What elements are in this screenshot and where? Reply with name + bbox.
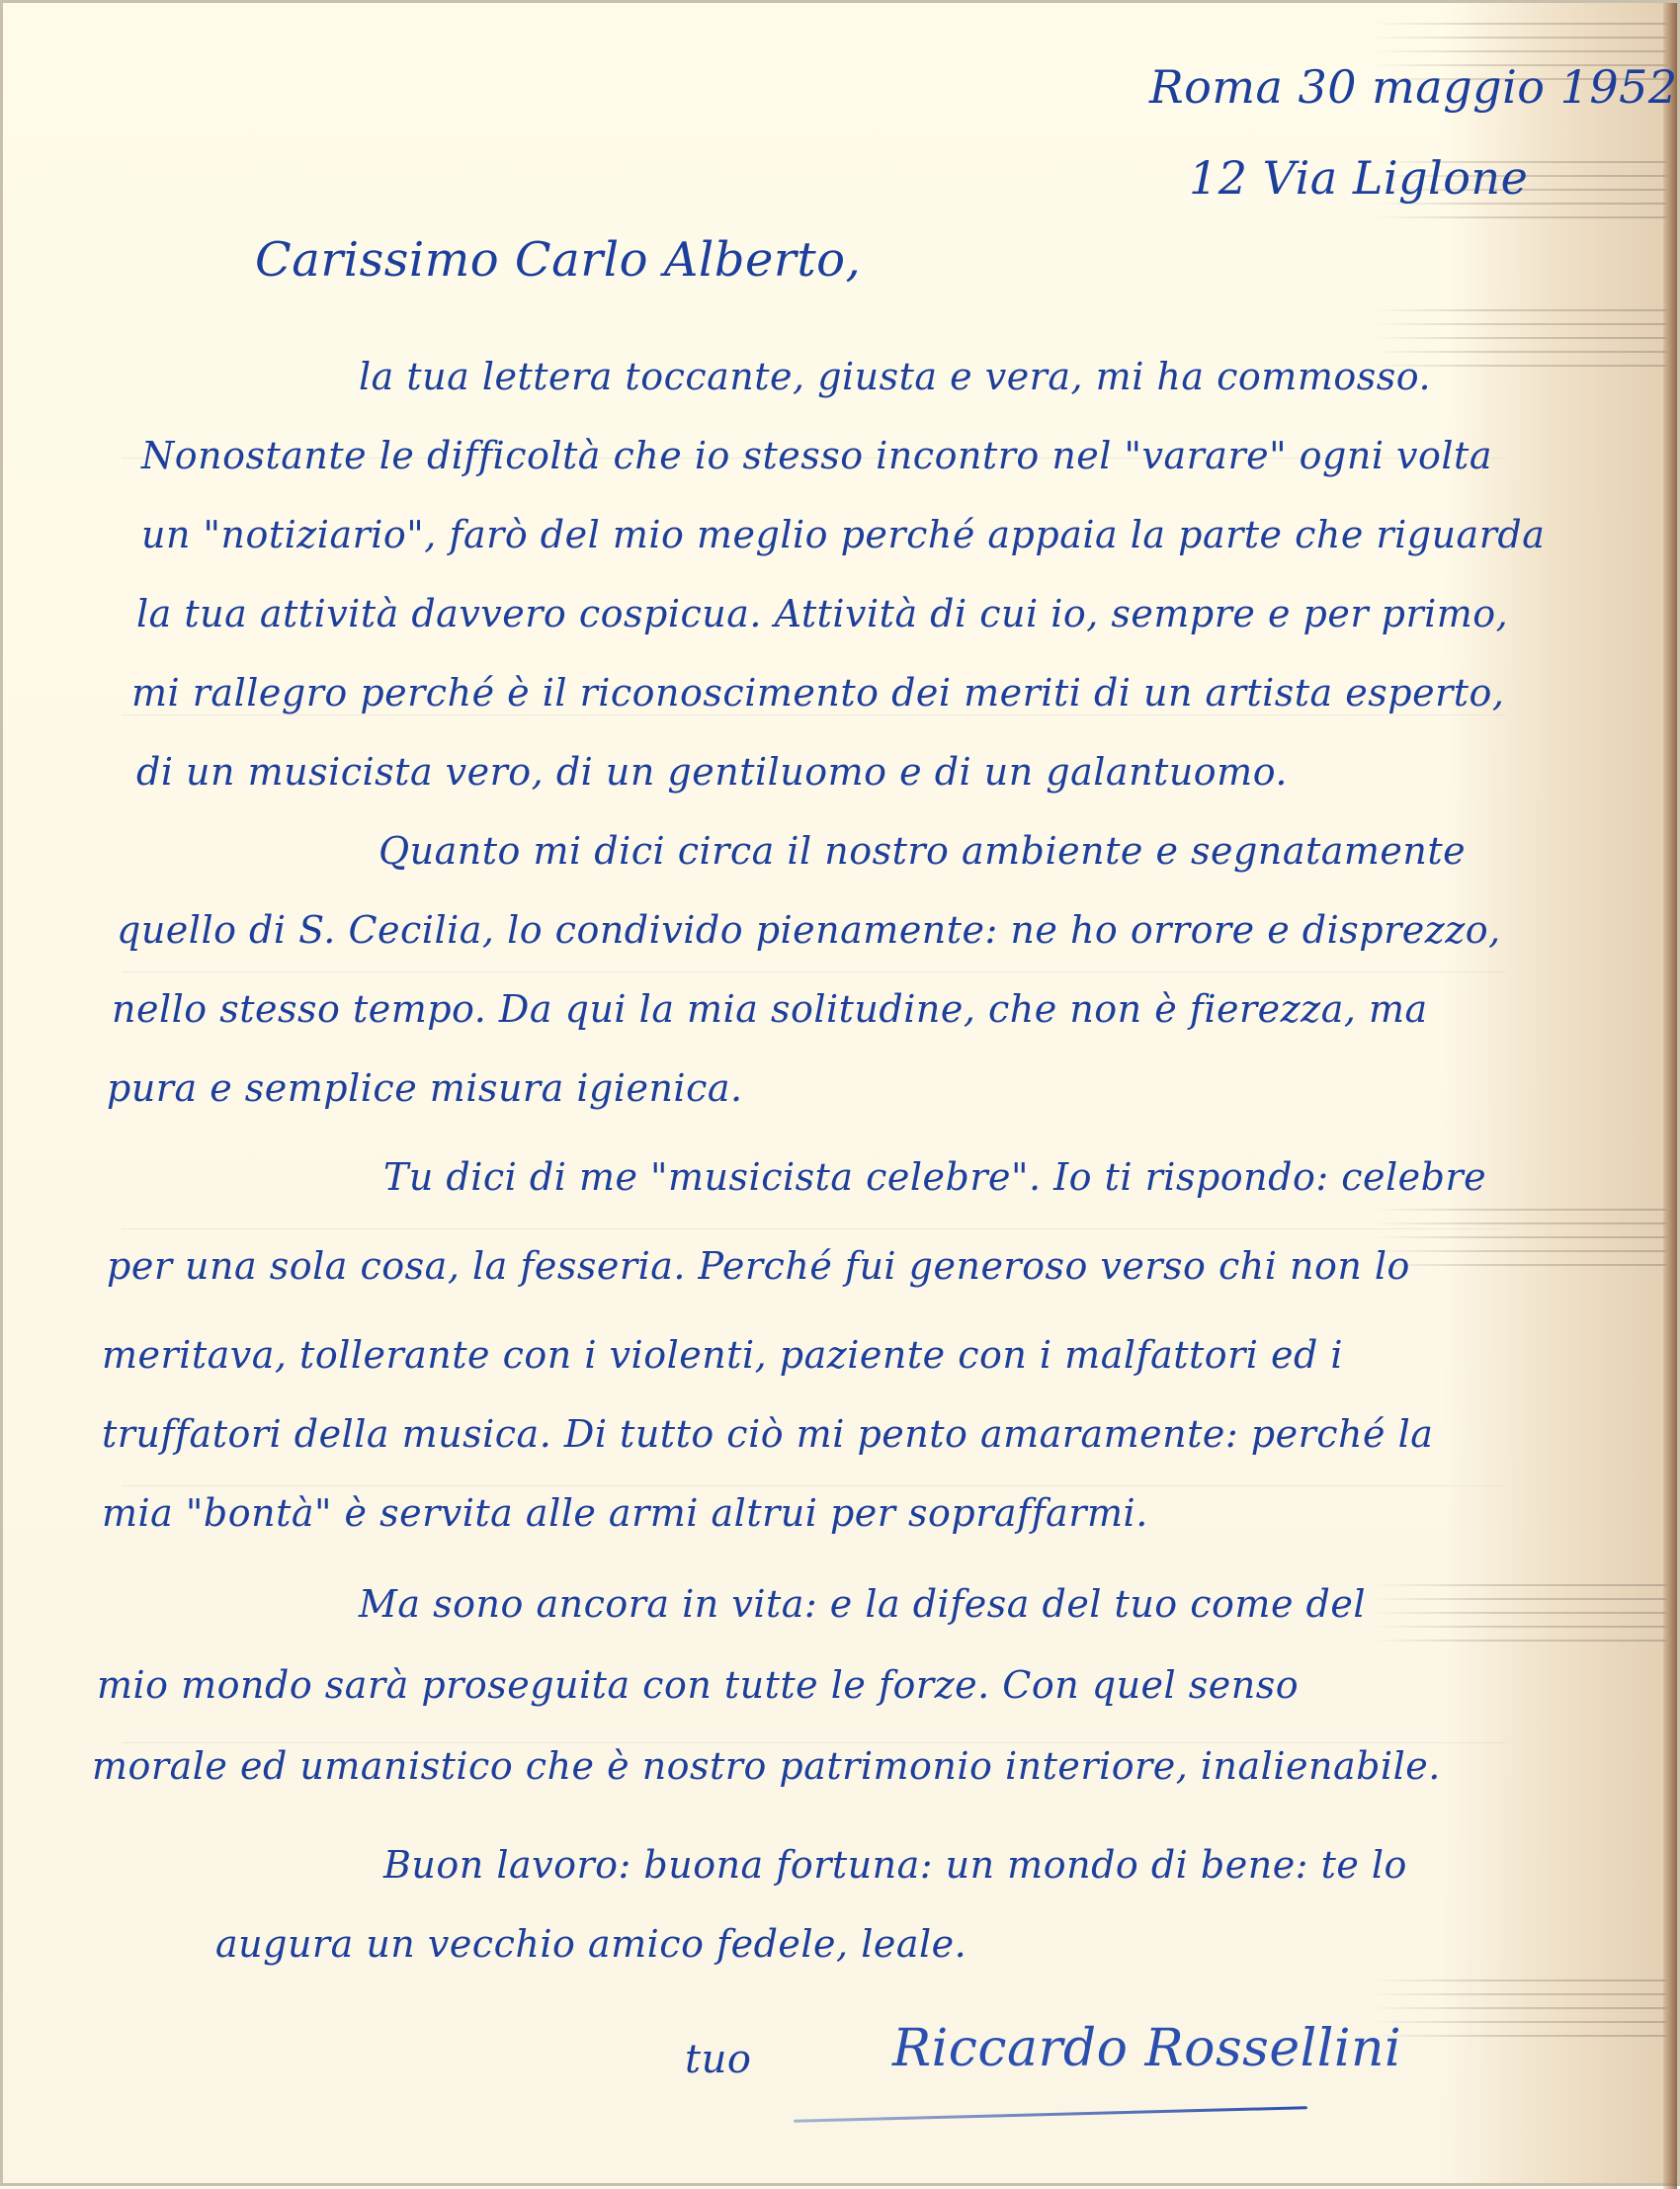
letter-line: augura un vecchio amico fedele, leale. (215, 1922, 966, 1966)
letter-line: Tu dici di me "musicista celebre". Io ti… (383, 1155, 1486, 1199)
place-date: Roma 30 maggio 1952 (1149, 60, 1678, 114)
letter-line: morale ed umanistico che è nostro patrim… (92, 1744, 1441, 1788)
closing-word: tuo (685, 2037, 751, 2082)
letter-line: un "notiziario", farò del mio meglio per… (141, 513, 1545, 556)
paper-rule (122, 971, 1505, 972)
signature: Riccardo Rossellini (892, 2019, 1401, 2078)
letter-line: nello stesso tempo. Da qui la mia solitu… (112, 987, 1428, 1031)
paper-rule (122, 1742, 1505, 1743)
letter-line: Ma sono ancora in vita: e la difesa del … (359, 1582, 1366, 1626)
letter-page: Roma 30 maggio 1952 12 Via Liglone Caris… (0, 0, 1680, 2186)
music-staff (1371, 1584, 1667, 1653)
music-staff (1371, 1209, 1667, 1278)
paper-rule (122, 1228, 1505, 1229)
letter-line: per una sola cosa, la fesseria. Perché f… (107, 1244, 1410, 1288)
letter-line: Buon lavoro: buona fortuna: un mondo di … (383, 1843, 1407, 1887)
letter-line: mio mondo sarà proseguita con tutte le f… (97, 1663, 1299, 1707)
letter-line: quello di S. Cecilia, lo condivido piena… (117, 908, 1501, 952)
paper-rule (122, 1485, 1505, 1486)
letter-line: Nonostante le difficoltà che io stesso i… (141, 434, 1492, 477)
paper-rule (122, 715, 1505, 716)
signature-underline (794, 2106, 1307, 2123)
letter-line: truffatori della musica. Di tutto ciò mi… (102, 1412, 1433, 1456)
letter-line: pura e semplice misura igienica. (107, 1066, 743, 1110)
music-staff (1371, 1979, 1667, 2049)
letter-line: mi rallegro perché è il riconoscimento d… (131, 671, 1505, 715)
letter-line: meritava, tollerante con i violenti, paz… (102, 1333, 1343, 1377)
letter-line: la tua lettera toccante, giusta e vera, … (359, 355, 1431, 398)
letter-line: la tua attività davvero cospicua. Attivi… (136, 592, 1508, 635)
salutation: Carissimo Carlo Alberto, (255, 232, 861, 288)
letter-line: di un musicista vero, di un gentiluomo e… (136, 750, 1288, 794)
letter-line: Quanto mi dici circa il nostro ambiente … (378, 829, 1466, 873)
address: 12 Via Liglone (1189, 151, 1528, 205)
letter-line: mia "bontà" è servita alle armi altrui p… (102, 1491, 1148, 1535)
